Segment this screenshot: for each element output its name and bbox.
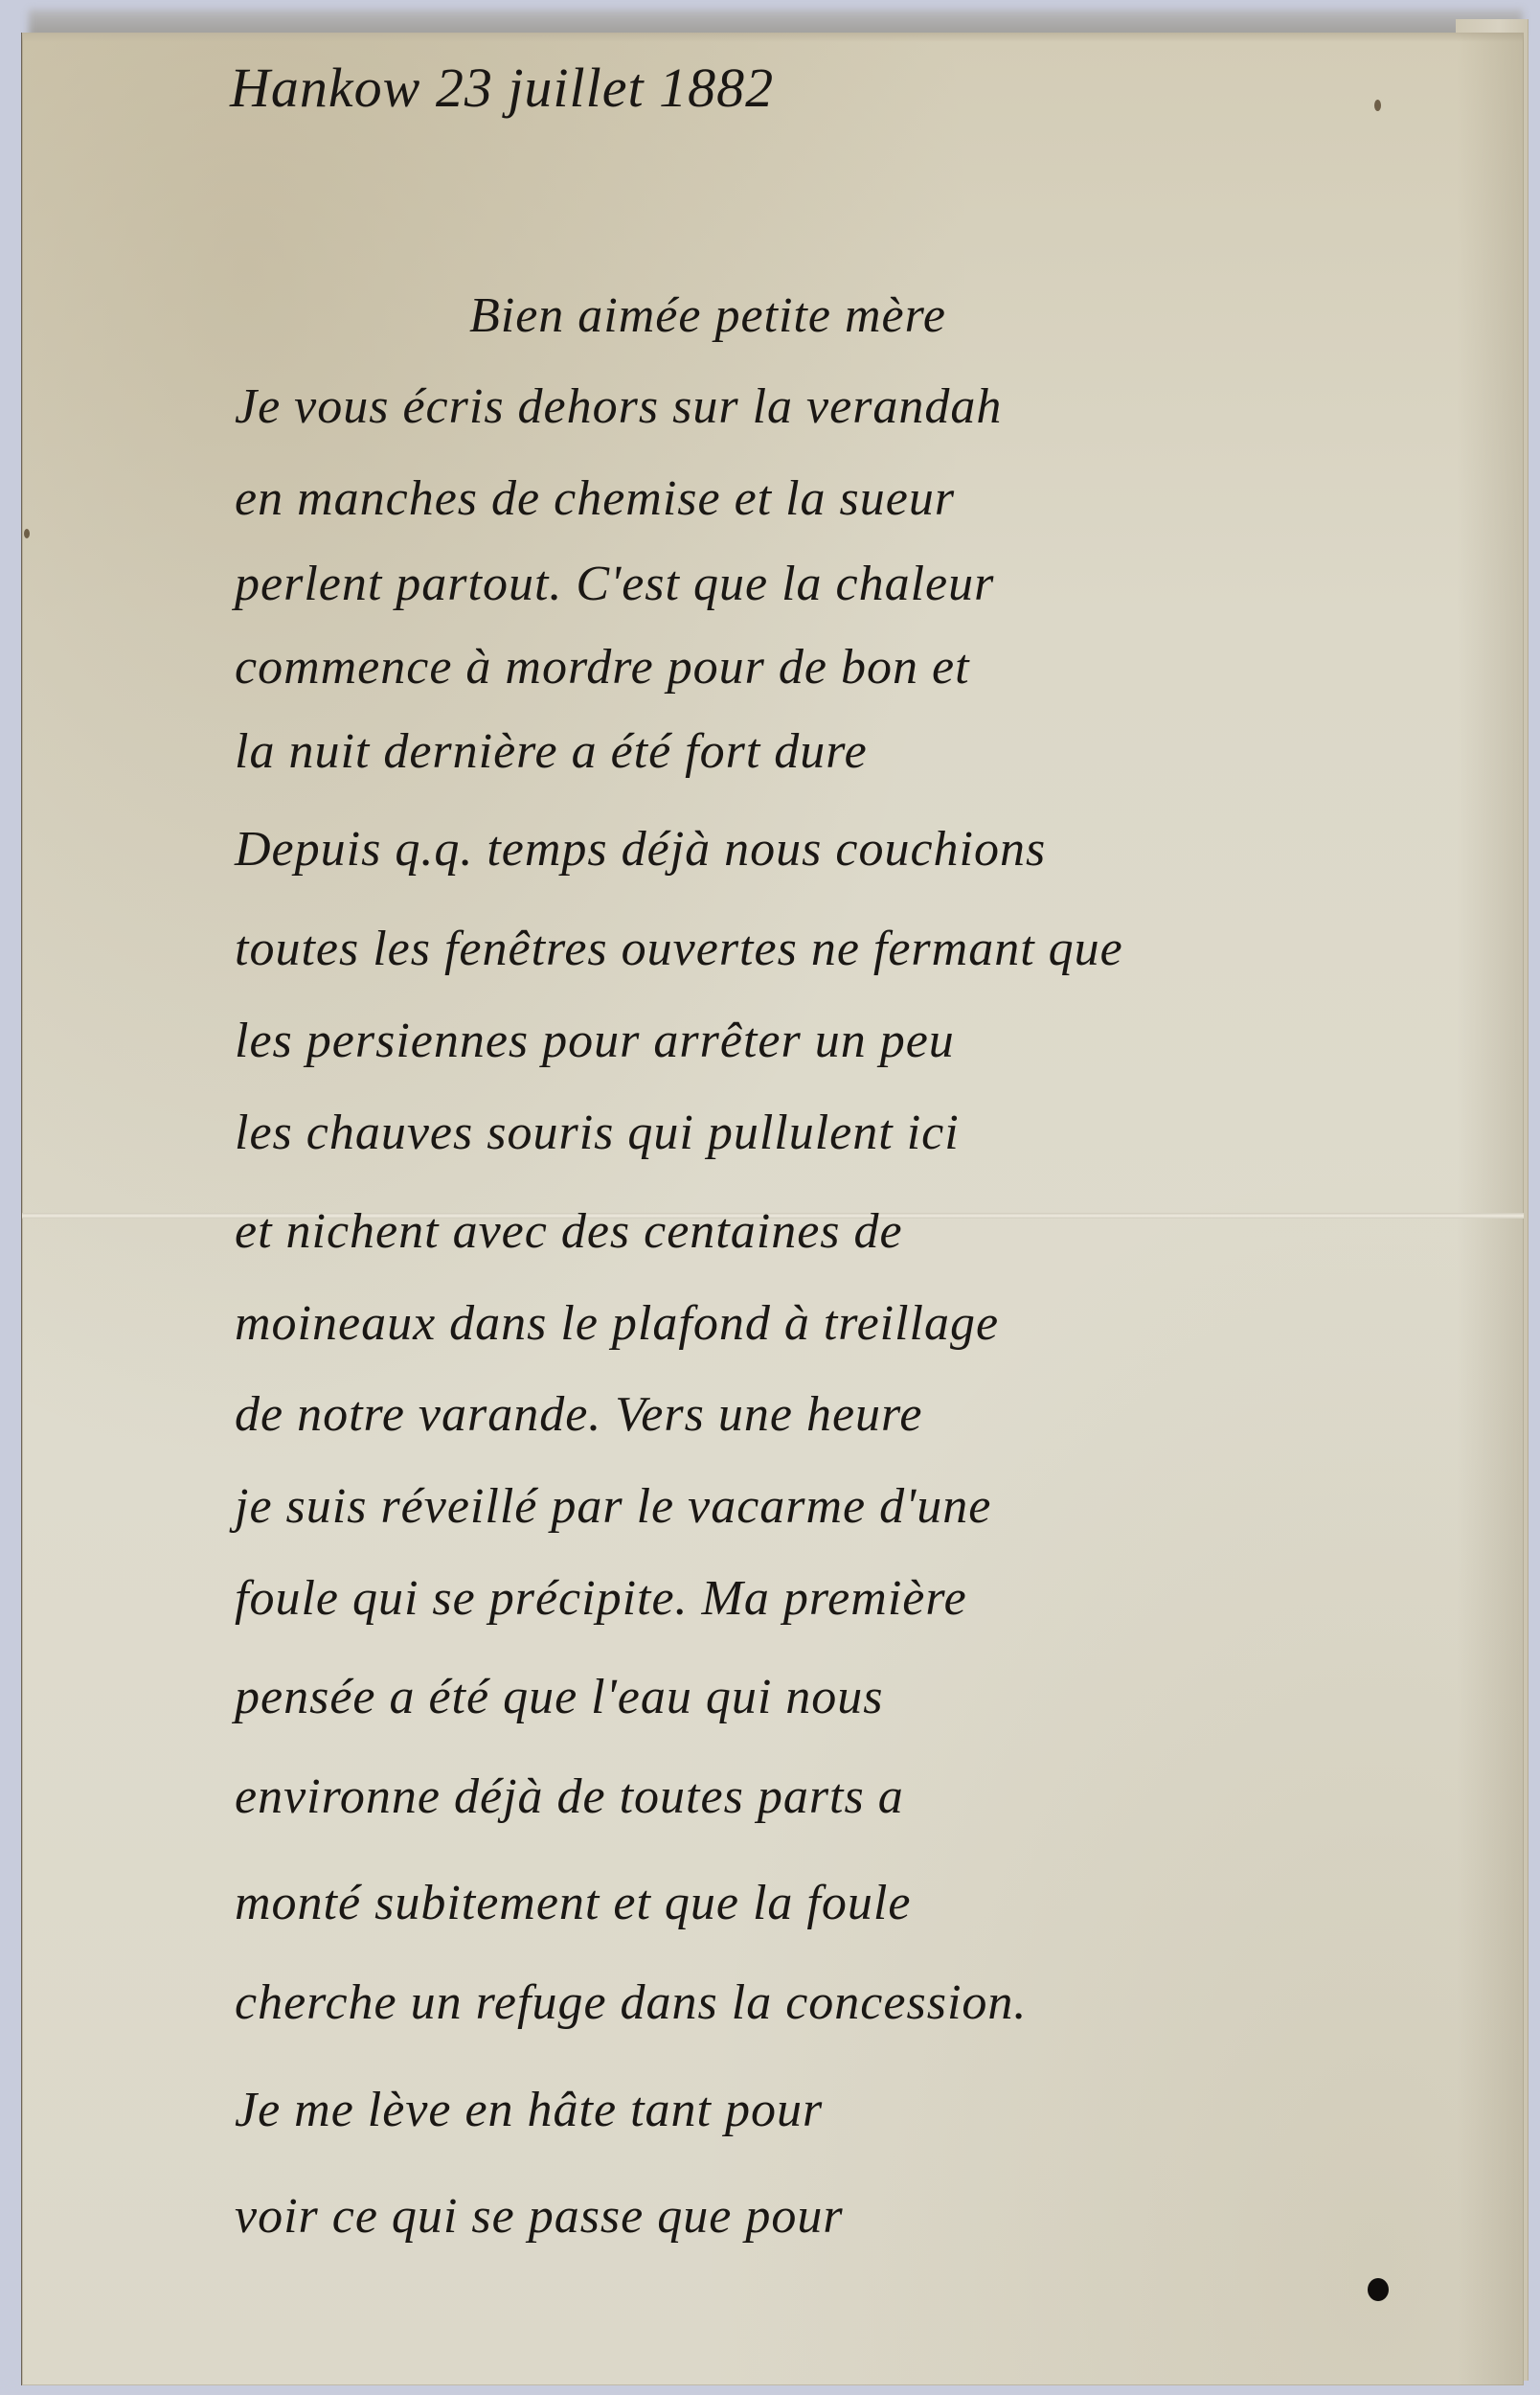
letter-line: les persiennes pour arrêter un peu [235,1013,955,1069]
letter-line: cherche un refuge dans la concession. [235,1974,1027,2031]
letter-line: toutes les fenêtres ouvertes ne fermant … [235,921,1123,977]
paper-right-edge [1457,33,1524,2385]
paper-top-edge [22,33,1524,42]
letter-line: de notre varande. Vers une heure [235,1386,922,1443]
salutation: Bien aimée petite mère [469,287,946,344]
letter-line: voir ce qui se passe que pour [235,2188,844,2245]
paper-speck [1374,100,1381,111]
paper-speck [24,529,30,538]
letter-line: je suis réveillé par le vacarme d'une [235,1478,991,1535]
letter-line: monté subitement et que la foule [235,1875,911,1931]
letter-line: et nichent avec des centaines de [235,1203,903,1260]
letter-line: commence à mordre pour de bon et [235,639,970,696]
letter-line: en manches de chemise et la sueur [235,470,955,527]
ink-dot [1368,2278,1389,2301]
letter-line: moineaux dans le plafond à treillage [235,1295,999,1352]
letter-line: Je me lève en hâte tant pour [235,2082,823,2138]
letter-line: la nuit dernière a été fort dure [235,723,868,780]
letter-line: perlent partout. C'est que la chaleur [235,556,994,612]
letter-line: Depuis q.q. temps déjà nous couchions [235,821,1046,878]
letter-line: les chauves souris qui pullulent ici [235,1105,960,1161]
letter-line: pensée a été que l'eau qui nous [235,1669,884,1725]
letter-line: foule qui se précipite. Ma première [235,1570,967,1627]
letter-line: Je vous écris dehors sur la verandah [235,378,1002,435]
letter-heading: Hankow 23 juillet 1882 [230,56,774,120]
letter-line: environne déjà de toutes parts a [235,1768,904,1825]
